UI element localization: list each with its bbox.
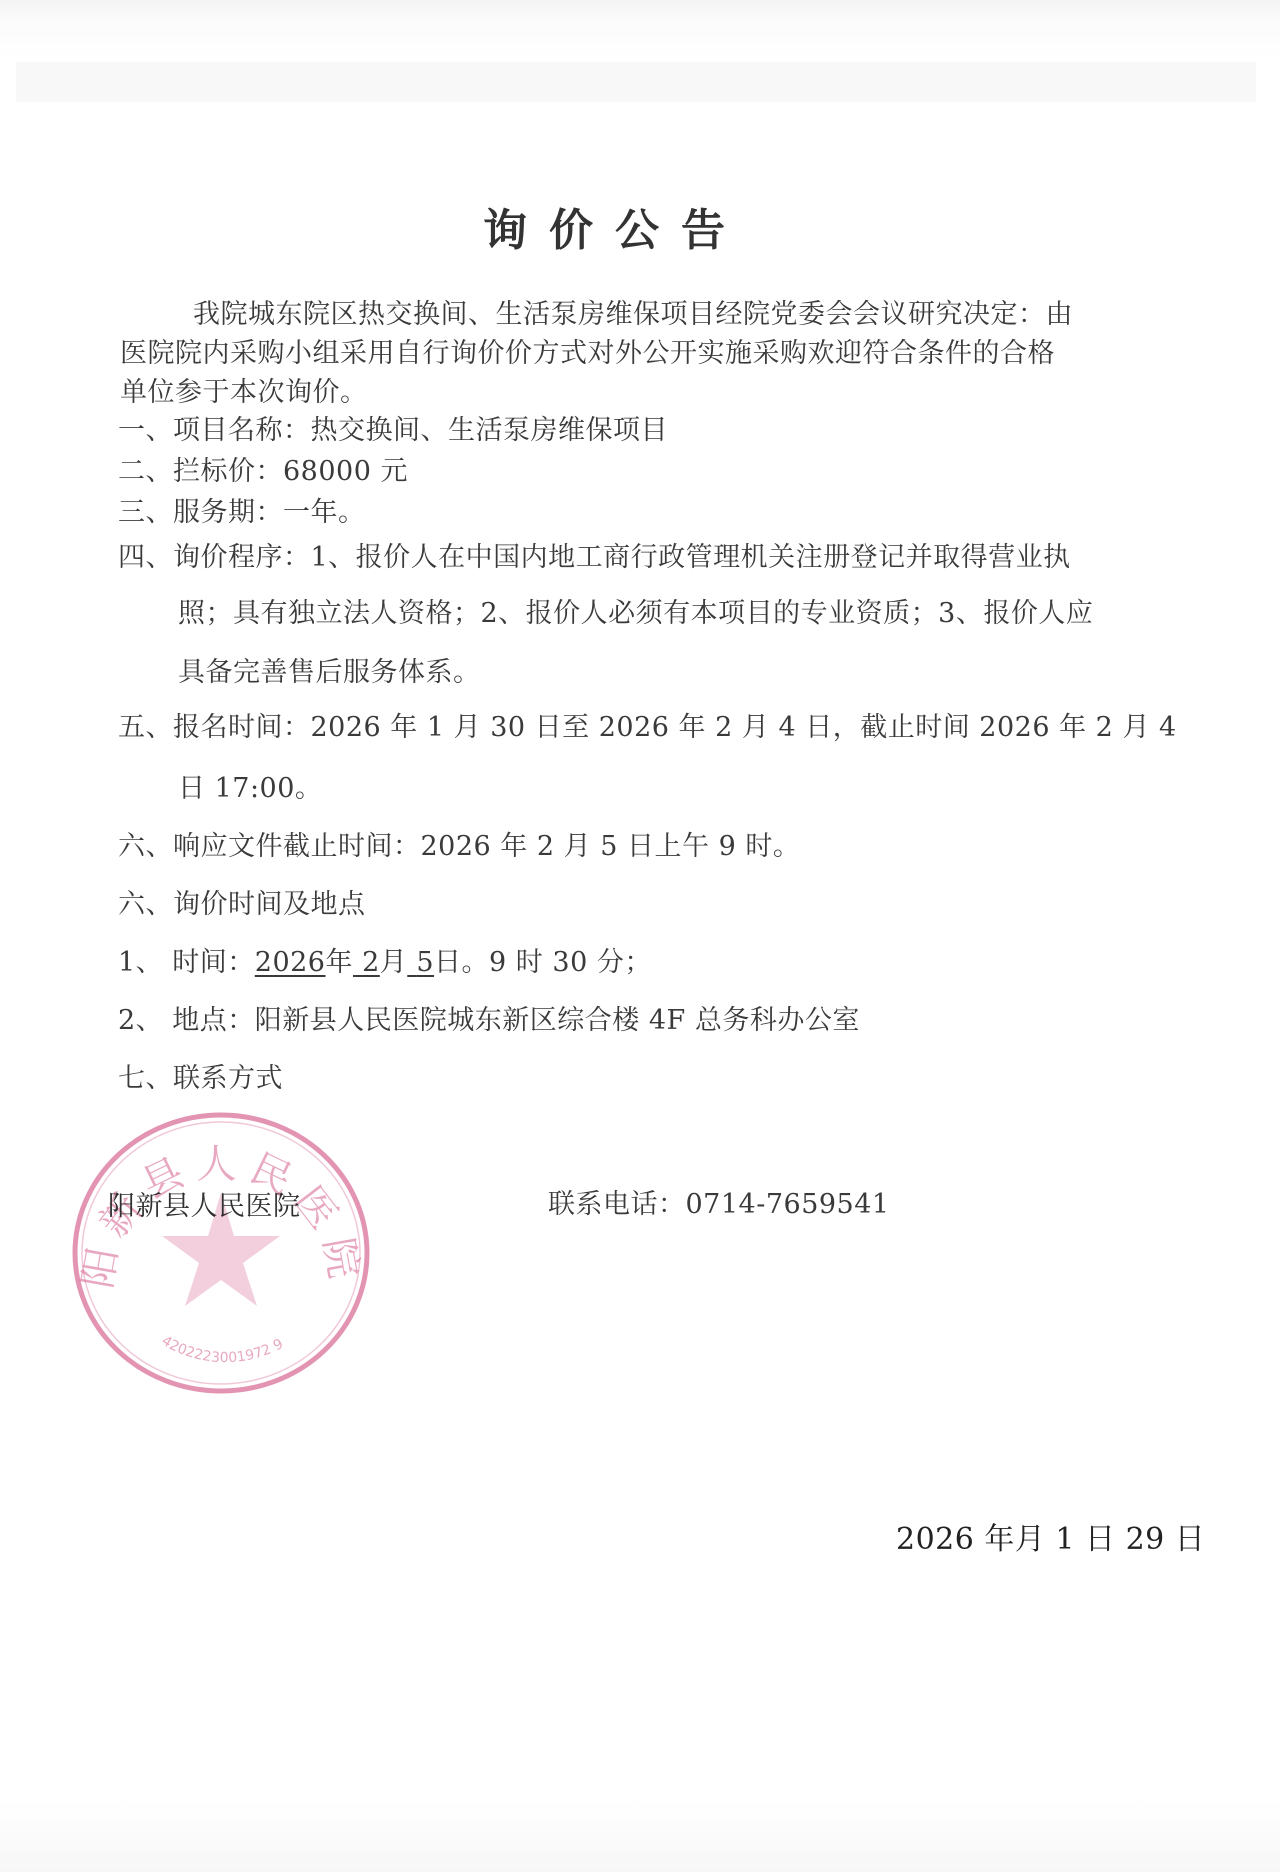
inquiry-year: 2026 [255, 947, 326, 978]
signature-org-name: 阳新县人民医院 [108, 1190, 301, 1224]
item-registration-1: 五、报名时间：2026 年 1 月 30 日至 2026 年 2 月 4 日，截… [118, 711, 1177, 745]
inquiry-month-unit: 月 [380, 947, 408, 978]
intro-line-2: 医院院内采购小组采用自行询价价方式对外公开实施采购欢迎符合条件的合格 [120, 337, 1055, 371]
item-ceiling-price: 二、拦标价：68000 元 [118, 455, 408, 489]
item-registration-2: 日 17:00。 [178, 772, 322, 806]
item-procedure-3: 具备完善售后服务体系。 [178, 656, 481, 690]
signature-phone: 联系电话：0714-7659541 [548, 1188, 890, 1222]
item-service-period: 三、服务期：一年。 [118, 496, 366, 530]
item-inquiry-place: 2、 地点：阳新县人民医院城东新区综合楼 4F 总务科办公室 [118, 1004, 860, 1038]
item-procedure-1: 四、询价程序：1、报价人在中国内地工商行政管理机关注册登记并取得营业执 [118, 541, 1071, 575]
inquiry-day-unit: 日。9 时 30 分； [434, 947, 652, 978]
phone-number: 0714-7659541 [686, 1189, 890, 1220]
item-project-name: 一、项目名称：热交换间、生活泵房维保项目 [118, 414, 668, 448]
document-title: 询价公告 [0, 194, 1230, 258]
inquiry-time-prefix: 1、 时间： [118, 947, 255, 978]
inquiry-day: 5 [407, 947, 434, 978]
item-contact-heading: 七、联系方式 [118, 1062, 283, 1096]
document-page: 询价公告 我院城东院区热交换间、生活泵房维保项目经院党委会会议研究决定：由 医院… [0, 0, 1280, 1872]
intro-line-1: 我院城东院区热交换间、生活泵房维保项目经院党委会会议研究决定：由 [193, 298, 1073, 332]
scan-artifact [16, 62, 1256, 102]
intro-line-3: 单位参于本次询价。 [120, 376, 368, 410]
inquiry-month: 2 [353, 947, 380, 978]
item-inquiry-heading: 六、询价时间及地点 [118, 888, 366, 922]
official-seal-stamp: 阳新县人民医院 4202223001972 9 [68, 1108, 373, 1398]
item-procedure-2: 照；具有独立法人资格；2、报价人必须有本项目的专业资质；3、报价人应 [178, 597, 1093, 631]
item-inquiry-time: 1、 时间：2026年 2月 5日。9 时 30 分； [118, 946, 652, 980]
inquiry-year-unit: 年 [325, 947, 353, 978]
item-response-deadline: 六、响应文件截止时间：2026 年 2 月 5 日上午 9 时。 [118, 830, 800, 864]
document-date: 2026 年月 1 日 29 日 [896, 1523, 1205, 1557]
svg-text:4202223001972 9: 4202223001972 9 [159, 1333, 286, 1366]
phone-label: 联系电话： [548, 1189, 686, 1220]
